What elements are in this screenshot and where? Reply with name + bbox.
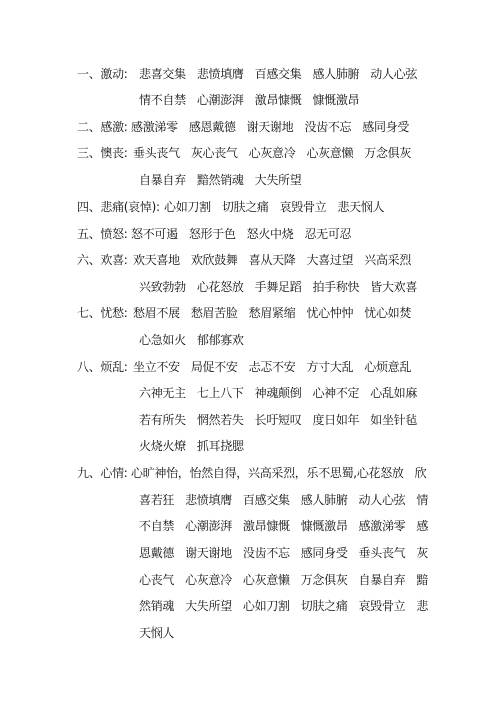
idiom: 慷慨激昂 bbox=[312, 90, 359, 110]
idiom: 愁眉苦脸 bbox=[191, 303, 238, 323]
word-group: 心丧气心灰意冷心灰意懒万念俱灰自暴自弃黯 bbox=[139, 570, 439, 590]
idiom: 悲喜交集 bbox=[139, 64, 186, 84]
section-label: 四、悲痛(哀悼): bbox=[77, 197, 160, 217]
word-group: 兴致勃勃心花怒放手舞足蹈拍手称快皆大欢喜 bbox=[139, 277, 428, 297]
word-group: 垂头丧气灰心丧气心灰意冷心灰意懒万念俱灰 bbox=[133, 143, 422, 163]
idiom: 感人肺腑 bbox=[301, 490, 348, 510]
idiom: 郁郁寡欢 bbox=[197, 330, 244, 350]
word-group: 怒不可遏怒形于色怒火中烧忍无可忍 bbox=[131, 224, 362, 244]
idiom: 激昂慷慨 bbox=[255, 90, 302, 110]
idiom: 感激涕零 bbox=[359, 516, 406, 536]
idiom: 忧心忡忡 bbox=[306, 303, 353, 323]
idiom: 愁眉不展 bbox=[133, 303, 180, 323]
idiom: 百感交集 bbox=[255, 64, 302, 84]
idiom: 哀毁骨立 bbox=[280, 197, 327, 217]
idiom: 天悯人 bbox=[139, 623, 174, 643]
idiom: 心如刀割 bbox=[243, 596, 290, 616]
idiom: 灰 bbox=[416, 543, 428, 563]
idiom: 慷慨激昂 bbox=[301, 516, 348, 536]
word-group: 心旷神怡，怡然自得，兴高采烈，乐不思蜀,心花怒放欣 bbox=[131, 463, 437, 483]
idiom: 大失所望 bbox=[255, 170, 302, 190]
idiom: 七上八下 bbox=[197, 383, 244, 403]
idiom: 心灰意懒 bbox=[243, 570, 290, 590]
idiom: 悲天悯人 bbox=[337, 197, 384, 217]
idiom: 喜若狂 bbox=[139, 490, 174, 510]
idiom: 垂头丧气 bbox=[133, 143, 180, 163]
idiom: 皆大欢喜 bbox=[370, 277, 417, 297]
idiom: 激昂慷慨 bbox=[243, 516, 290, 536]
idiom: 方寸大乱 bbox=[306, 357, 353, 377]
idiom: 心花怒放 bbox=[197, 277, 244, 297]
idiom: 灰心丧气 bbox=[191, 143, 238, 163]
idiom: 心灰意冷 bbox=[249, 143, 296, 163]
idiom: 黯然销魂 bbox=[197, 170, 244, 190]
idiom: 忧心如焚 bbox=[364, 303, 411, 323]
section-label: 二、感激: bbox=[77, 117, 128, 137]
section-label: 七、忧愁: bbox=[77, 303, 128, 323]
word-group: 心急如火郁郁寡欢 bbox=[139, 330, 255, 350]
idiom: 欣 bbox=[415, 463, 427, 483]
idiom: 哀毁骨立 bbox=[359, 596, 406, 616]
idiom: 没齿不忘 bbox=[243, 543, 290, 563]
idiom: 抓耳挠腮 bbox=[197, 436, 244, 456]
idiom: 忍无可忍 bbox=[304, 224, 351, 244]
idiom: 欢欣鼓舞 bbox=[191, 250, 238, 270]
idiom: 切肤之痛 bbox=[301, 596, 348, 616]
idiom: 心如刀割 bbox=[164, 197, 211, 217]
word-group: 然销魂大失所望心如刀割切肤之痛哀毁骨立悲 bbox=[139, 596, 439, 616]
word-group: 火烧火燎抓耳挠腮 bbox=[139, 436, 255, 456]
idiom: 兴高采烈 bbox=[364, 250, 411, 270]
idiom: 心灰意懒 bbox=[306, 143, 353, 163]
idiom: 情不自禁 bbox=[139, 90, 186, 110]
idiom: 谢天谢地 bbox=[247, 117, 294, 137]
word-group: 愁眉不展愁眉苦脸愁眉紧缩忧心忡忡忧心如焚 bbox=[133, 303, 422, 323]
word-group: 喜若狂悲愤填膺百感交集感人肺腑动人心弦情 bbox=[139, 490, 439, 510]
word-group: 悲喜交集悲愤填膺百感交集感人肺腑动人心弦 bbox=[139, 64, 428, 84]
word-group: 情不自禁心潮澎湃激昂慷慨慷慨激昂 bbox=[139, 90, 370, 110]
idiom: 怒火中烧 bbox=[247, 224, 294, 244]
idiom: 自暴自弃 bbox=[359, 570, 406, 590]
idiom: 火烧火燎 bbox=[139, 436, 186, 456]
idiom: 兴致勃勃 bbox=[139, 277, 186, 297]
idiom: 六神无主 bbox=[139, 383, 186, 403]
idiom: 感同身受 bbox=[362, 117, 409, 137]
idiom: 心乱如麻 bbox=[370, 383, 417, 403]
section-label: 八、烦乱: bbox=[77, 357, 128, 377]
idiom: 喜从天降 bbox=[249, 250, 296, 270]
idiom: 感同身受 bbox=[301, 543, 348, 563]
section-label: 三、懊丧: bbox=[77, 143, 128, 163]
idiom: 悲愤填膺 bbox=[185, 490, 232, 510]
idiom: 感 bbox=[416, 516, 428, 536]
idiom: 心神不定 bbox=[312, 383, 359, 403]
word-group: 天悯人 bbox=[139, 623, 185, 643]
word-group: 欢天喜地欢欣鼓舞喜从天降大喜过望兴高采烈 bbox=[133, 250, 422, 270]
idiom: 欢天喜地 bbox=[133, 250, 180, 270]
idiom: 怒形于色 bbox=[189, 224, 236, 244]
idiom: 动人心弦 bbox=[359, 490, 406, 510]
idiom: 然销魂 bbox=[139, 596, 174, 616]
word-group: 六神无主七上八下神魂颠倒心神不定心乱如麻 bbox=[139, 383, 428, 403]
idiom: 惘然若失 bbox=[197, 410, 244, 430]
idiom: 怒不可遏 bbox=[131, 224, 178, 244]
section-label: 六、欢喜: bbox=[77, 250, 128, 270]
idiom: 心灰意冷 bbox=[185, 570, 232, 590]
section-label: 一、激动: bbox=[77, 64, 128, 84]
idiom: 神魂颠倒 bbox=[255, 383, 302, 403]
idiom: 长吁短叹 bbox=[255, 410, 302, 430]
idiom: 心急如火 bbox=[139, 330, 186, 350]
idiom: 度日如年 bbox=[312, 410, 359, 430]
idiom: 悲愤填膺 bbox=[197, 64, 244, 84]
idiom: 谢天谢地 bbox=[185, 543, 232, 563]
idiom: 若有所失 bbox=[139, 410, 186, 430]
idiom: 万念俱灰 bbox=[301, 570, 348, 590]
section-label: 九、心情: bbox=[77, 463, 128, 483]
word-group: 自暴自弃黯然销魂大失所望 bbox=[139, 170, 312, 190]
word-group: 若有所失惘然若失长吁短叹度日如年如坐针毡 bbox=[139, 410, 428, 430]
idiom: 心潮澎湃 bbox=[185, 516, 232, 536]
idiom: 自暴自弃 bbox=[139, 170, 186, 190]
idiom: 心旷神怡，怡然自得，兴高采烈，乐不思蜀,心花怒放 bbox=[131, 463, 404, 483]
idiom: 情 bbox=[416, 490, 428, 510]
idiom: 愁眉紧缩 bbox=[249, 303, 296, 323]
idiom: 局促不安 bbox=[191, 357, 238, 377]
idiom: 垂头丧气 bbox=[359, 543, 406, 563]
section-label: 五、愤怒: bbox=[77, 224, 128, 244]
idiom: 动人心弦 bbox=[370, 64, 417, 84]
idiom: 万念俱灰 bbox=[364, 143, 411, 163]
document-page: 一、激动:悲喜交集悲愤填膺百感交集感人肺腑动人心弦情不自禁心潮澎湃激昂慷慨慷慨激… bbox=[0, 0, 500, 707]
idiom: 心烦意乱 bbox=[364, 357, 411, 377]
idiom: 感激涕零 bbox=[131, 117, 178, 137]
word-group: 心如刀割切肤之痛哀毁骨立悲天悯人 bbox=[164, 197, 395, 217]
idiom: 拍手称快 bbox=[312, 277, 359, 297]
idiom: 不自禁 bbox=[139, 516, 174, 536]
idiom: 心潮澎湃 bbox=[197, 90, 244, 110]
idiom: 没齿不忘 bbox=[304, 117, 351, 137]
word-group: 感激涕零感恩戴德谢天谢地没齿不忘感同身受 bbox=[131, 117, 420, 137]
idiom: 感恩戴德 bbox=[189, 117, 236, 137]
idiom: 忐忑不安 bbox=[249, 357, 296, 377]
idiom: 手舞足蹈 bbox=[255, 277, 302, 297]
idiom: 切肤之痛 bbox=[222, 197, 269, 217]
idiom: 悲 bbox=[416, 596, 428, 616]
idiom: 百感交集 bbox=[243, 490, 290, 510]
idiom: 心丧气 bbox=[139, 570, 174, 590]
idiom: 坐立不安 bbox=[133, 357, 180, 377]
idiom: 如坐针毡 bbox=[370, 410, 417, 430]
word-group: 不自禁心潮澎湃激昂慷慨慷慨激昂感激涕零感 bbox=[139, 516, 439, 536]
word-group: 恩戴德谢天谢地没齿不忘感同身受垂头丧气灰 bbox=[139, 543, 439, 563]
word-group: 坐立不安局促不安忐忑不安方寸大乱心烦意乱 bbox=[133, 357, 422, 377]
idiom: 恩戴德 bbox=[139, 543, 174, 563]
idiom: 大喜过望 bbox=[306, 250, 353, 270]
idiom: 黯 bbox=[416, 570, 428, 590]
idiom: 大失所望 bbox=[185, 596, 232, 616]
idiom: 感人肺腑 bbox=[312, 64, 359, 84]
